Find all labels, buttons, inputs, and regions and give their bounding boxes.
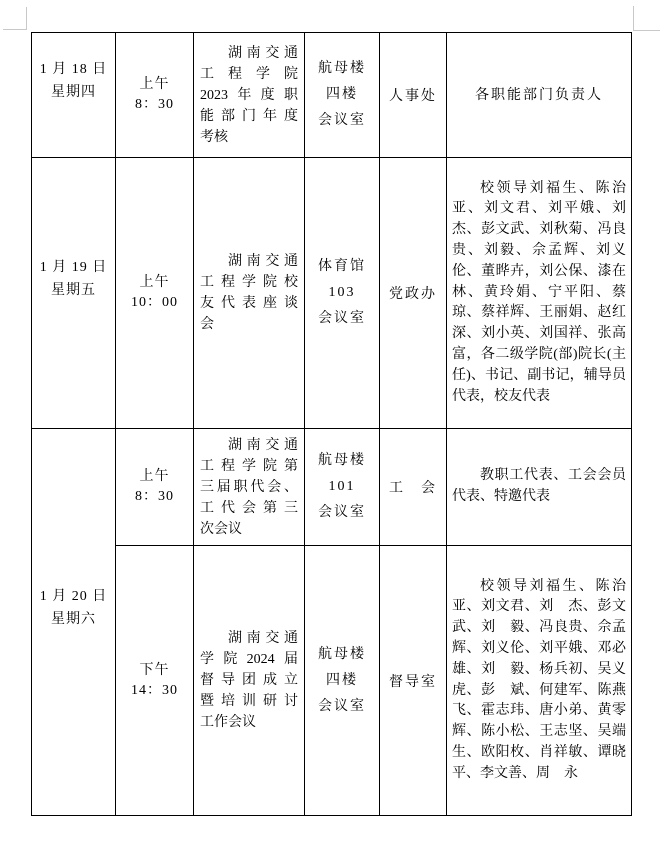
date-cell: 1 月 19 日 星期五 (32, 158, 116, 429)
location-line: 航母楼 (305, 56, 379, 82)
time-cell: 下午 14：30 (116, 546, 194, 816)
table-row: 下午 14：30 湖南交通 学院2024届 督导团成立 暨培训研讨 工作会议 航… (32, 546, 632, 816)
department-cell: 工 会 (380, 429, 447, 546)
date-text: 1 月 19 日 (32, 256, 115, 279)
weekday-text: 星期四 (32, 81, 115, 104)
margin-mark-top-left-vertical (26, 7, 27, 29)
meeting-cell: 湖南交通 工程学院 2023年度职 能部门年度 考核 (194, 33, 305, 158)
location-line: 会议室 (305, 500, 379, 526)
meeting-line: 湖南交通 (200, 43, 298, 64)
attendees-cell: 教职工代表、工会会员代表、特邀代表 (447, 429, 632, 546)
time-cell: 上午 10：00 (116, 158, 194, 429)
meeting-line: 会 (200, 314, 298, 335)
location-cell: 体育馆 103 会议室 (305, 158, 380, 429)
document-page: { "page": { "crop_mark_color": "#c9c9c9"… (0, 0, 660, 849)
meeting-line: 能部门年度 (200, 106, 298, 127)
location-line: 四楼 (305, 82, 379, 108)
location-line: 会议室 (305, 306, 379, 332)
meeting-line: 学院2024届 (200, 649, 298, 670)
meeting-line: 湖南交通 (200, 628, 298, 649)
location-line: 会议室 (305, 108, 379, 134)
meeting-line: 工作会议 (200, 712, 298, 733)
location-line: 四楼 (305, 668, 379, 694)
date-text: 1 月 18 日 (32, 58, 115, 81)
margin-mark-top-left-horizontal (3, 29, 27, 30)
meeting-line: 湖南交通 (200, 251, 298, 272)
location-line: 航母楼 (305, 448, 379, 474)
time-value: 14：30 (116, 681, 193, 701)
time-cell: 上午 8：30 (116, 33, 194, 158)
department-cell: 督导室 (380, 546, 447, 816)
meeting-line: 湖南交通 (200, 435, 298, 456)
location-line: 101 (305, 474, 379, 500)
meeting-cell: 湖南交通 工程学院第 三届职代会、 工代会第三 次会议 (194, 429, 305, 546)
meeting-cell: 湖南交通 工程学院校 友代表座谈 会 (194, 158, 305, 429)
time-value: 8：30 (116, 95, 193, 115)
time-period: 上午 (116, 273, 193, 293)
meeting-line: 考核 (200, 127, 298, 148)
location-cell: 航母楼 四楼 会议室 (305, 33, 380, 158)
time-period: 上午 (116, 467, 193, 487)
date-cell: 1 月 18 日 星期四 (32, 33, 116, 158)
meeting-line: 工程学院 (200, 64, 298, 85)
location-line: 会议室 (305, 694, 379, 720)
weekday-text: 星期六 (32, 608, 115, 631)
time-cell: 上午 8：30 (116, 429, 194, 546)
meeting-line: 工程学院校 (200, 272, 298, 293)
meeting-cell: 湖南交通 学院2024届 督导团成立 暨培训研讨 工作会议 (194, 546, 305, 816)
location-cell: 航母楼 101 会议室 (305, 429, 380, 546)
attendees-text: 教职工代表、工会会员代表、特邀代表 (452, 466, 626, 508)
meeting-line: 次会议 (200, 519, 298, 540)
meeting-line: 友代表座谈 (200, 293, 298, 314)
date-text: 1 月 20 日 (32, 585, 115, 608)
table-row: 1 月 18 日 星期四 上午 8：30 湖南交通 工程学院 2023年度职 能… (32, 33, 632, 158)
attendees-cell: 校领导刘福生、陈治亚、刘文君、刘 杰、彭文武、刘 毅、冯良贵、佘孟辉、刘义伦、刘… (447, 546, 632, 816)
time-value: 10：00 (116, 293, 193, 313)
weekday-text: 星期五 (32, 279, 115, 302)
meeting-line: 工代会第三 (200, 498, 298, 519)
attendees-cell: 校领导刘福生、陈治亚、刘文君、刘平娥、刘杰、彭文武、刘秋菊、冯良贵、刘毅、佘孟辉… (447, 158, 632, 429)
attendees-text: 校领导刘福生、陈治亚、刘文君、刘平娥、刘杰、彭文武、刘秋菊、冯良贵、刘毅、佘孟辉… (452, 179, 626, 408)
table-row: 1 月 20 日 星期六 上午 8：30 湖南交通 工程学院第 三届职代会、 工… (32, 429, 632, 546)
date-cell: 1 月 20 日 星期六 (32, 429, 116, 816)
time-period: 上午 (116, 75, 193, 95)
location-cell: 航母楼 四楼 会议室 (305, 546, 380, 816)
location-line: 体育馆 (305, 254, 379, 280)
meeting-line: 工程学院第 (200, 456, 298, 477)
meeting-line: 三届职代会、 (200, 477, 298, 498)
meeting-schedule-table: 1 月 18 日 星期四 上午 8：30 湖南交通 工程学院 2023年度职 能… (31, 32, 632, 816)
attendees-text: 各职能部门负责人 (452, 85, 626, 106)
time-period: 下午 (116, 661, 193, 681)
attendees-cell: 各职能部门负责人 (447, 33, 632, 158)
location-line: 航母楼 (305, 642, 379, 668)
department-cell: 党政办 (380, 158, 447, 429)
meeting-line: 暨培训研讨 (200, 691, 298, 712)
attendees-text: 校领导刘福生、陈治亚、刘文君、刘 杰、彭文武、刘 毅、冯良贵、佘孟辉、刘义伦、刘… (452, 577, 626, 785)
table-row: 1 月 19 日 星期五 上午 10：00 湖南交通 工程学院校 友代表座谈 会… (32, 158, 632, 429)
meeting-line: 督导团成立 (200, 670, 298, 691)
location-line: 103 (305, 280, 379, 306)
margin-mark-top-right-vertical (633, 6, 634, 30)
time-value: 8：30 (116, 487, 193, 507)
department-cell: 人事处 (380, 33, 447, 158)
meeting-line: 2023年度职 (200, 85, 298, 106)
margin-mark-top-right-horizontal (633, 30, 660, 31)
